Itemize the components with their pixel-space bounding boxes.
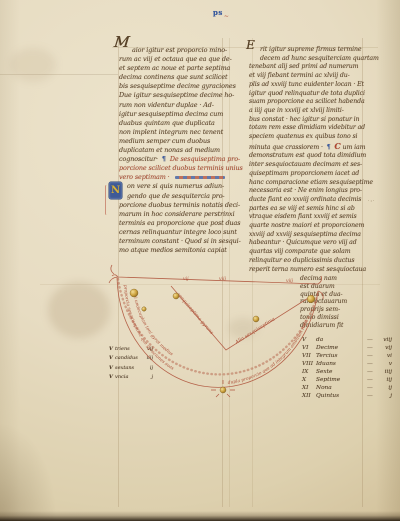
gold-dot [253,316,259,322]
diagram-text: vij viij viij sesquiseptima gyrans Alia … [122,276,310,386]
right-end-flourish [318,276,323,299]
gold-dot [173,293,179,299]
gold-dots [130,289,315,322]
diameter-label: viij [219,276,227,282]
manuscript-page: ps ~ ·:· M aior igitur est proporcio min… [0,0,400,521]
gold-dot [130,289,138,297]
left-arm-caption: sesquiseptima gyrans [175,293,214,337]
page-bottom-edge [0,511,400,521]
ornament-gold-center [220,387,226,393]
gold-dot [142,307,146,311]
left-end-flourish [109,265,117,283]
diameter-label: vij [183,276,189,282]
gold-dot [307,295,315,303]
corner-shadow [0,381,90,521]
arc-caption-right: dupla proporcio que ad integrum ambitum … [228,319,310,386]
diameter-label: viij [286,278,294,284]
